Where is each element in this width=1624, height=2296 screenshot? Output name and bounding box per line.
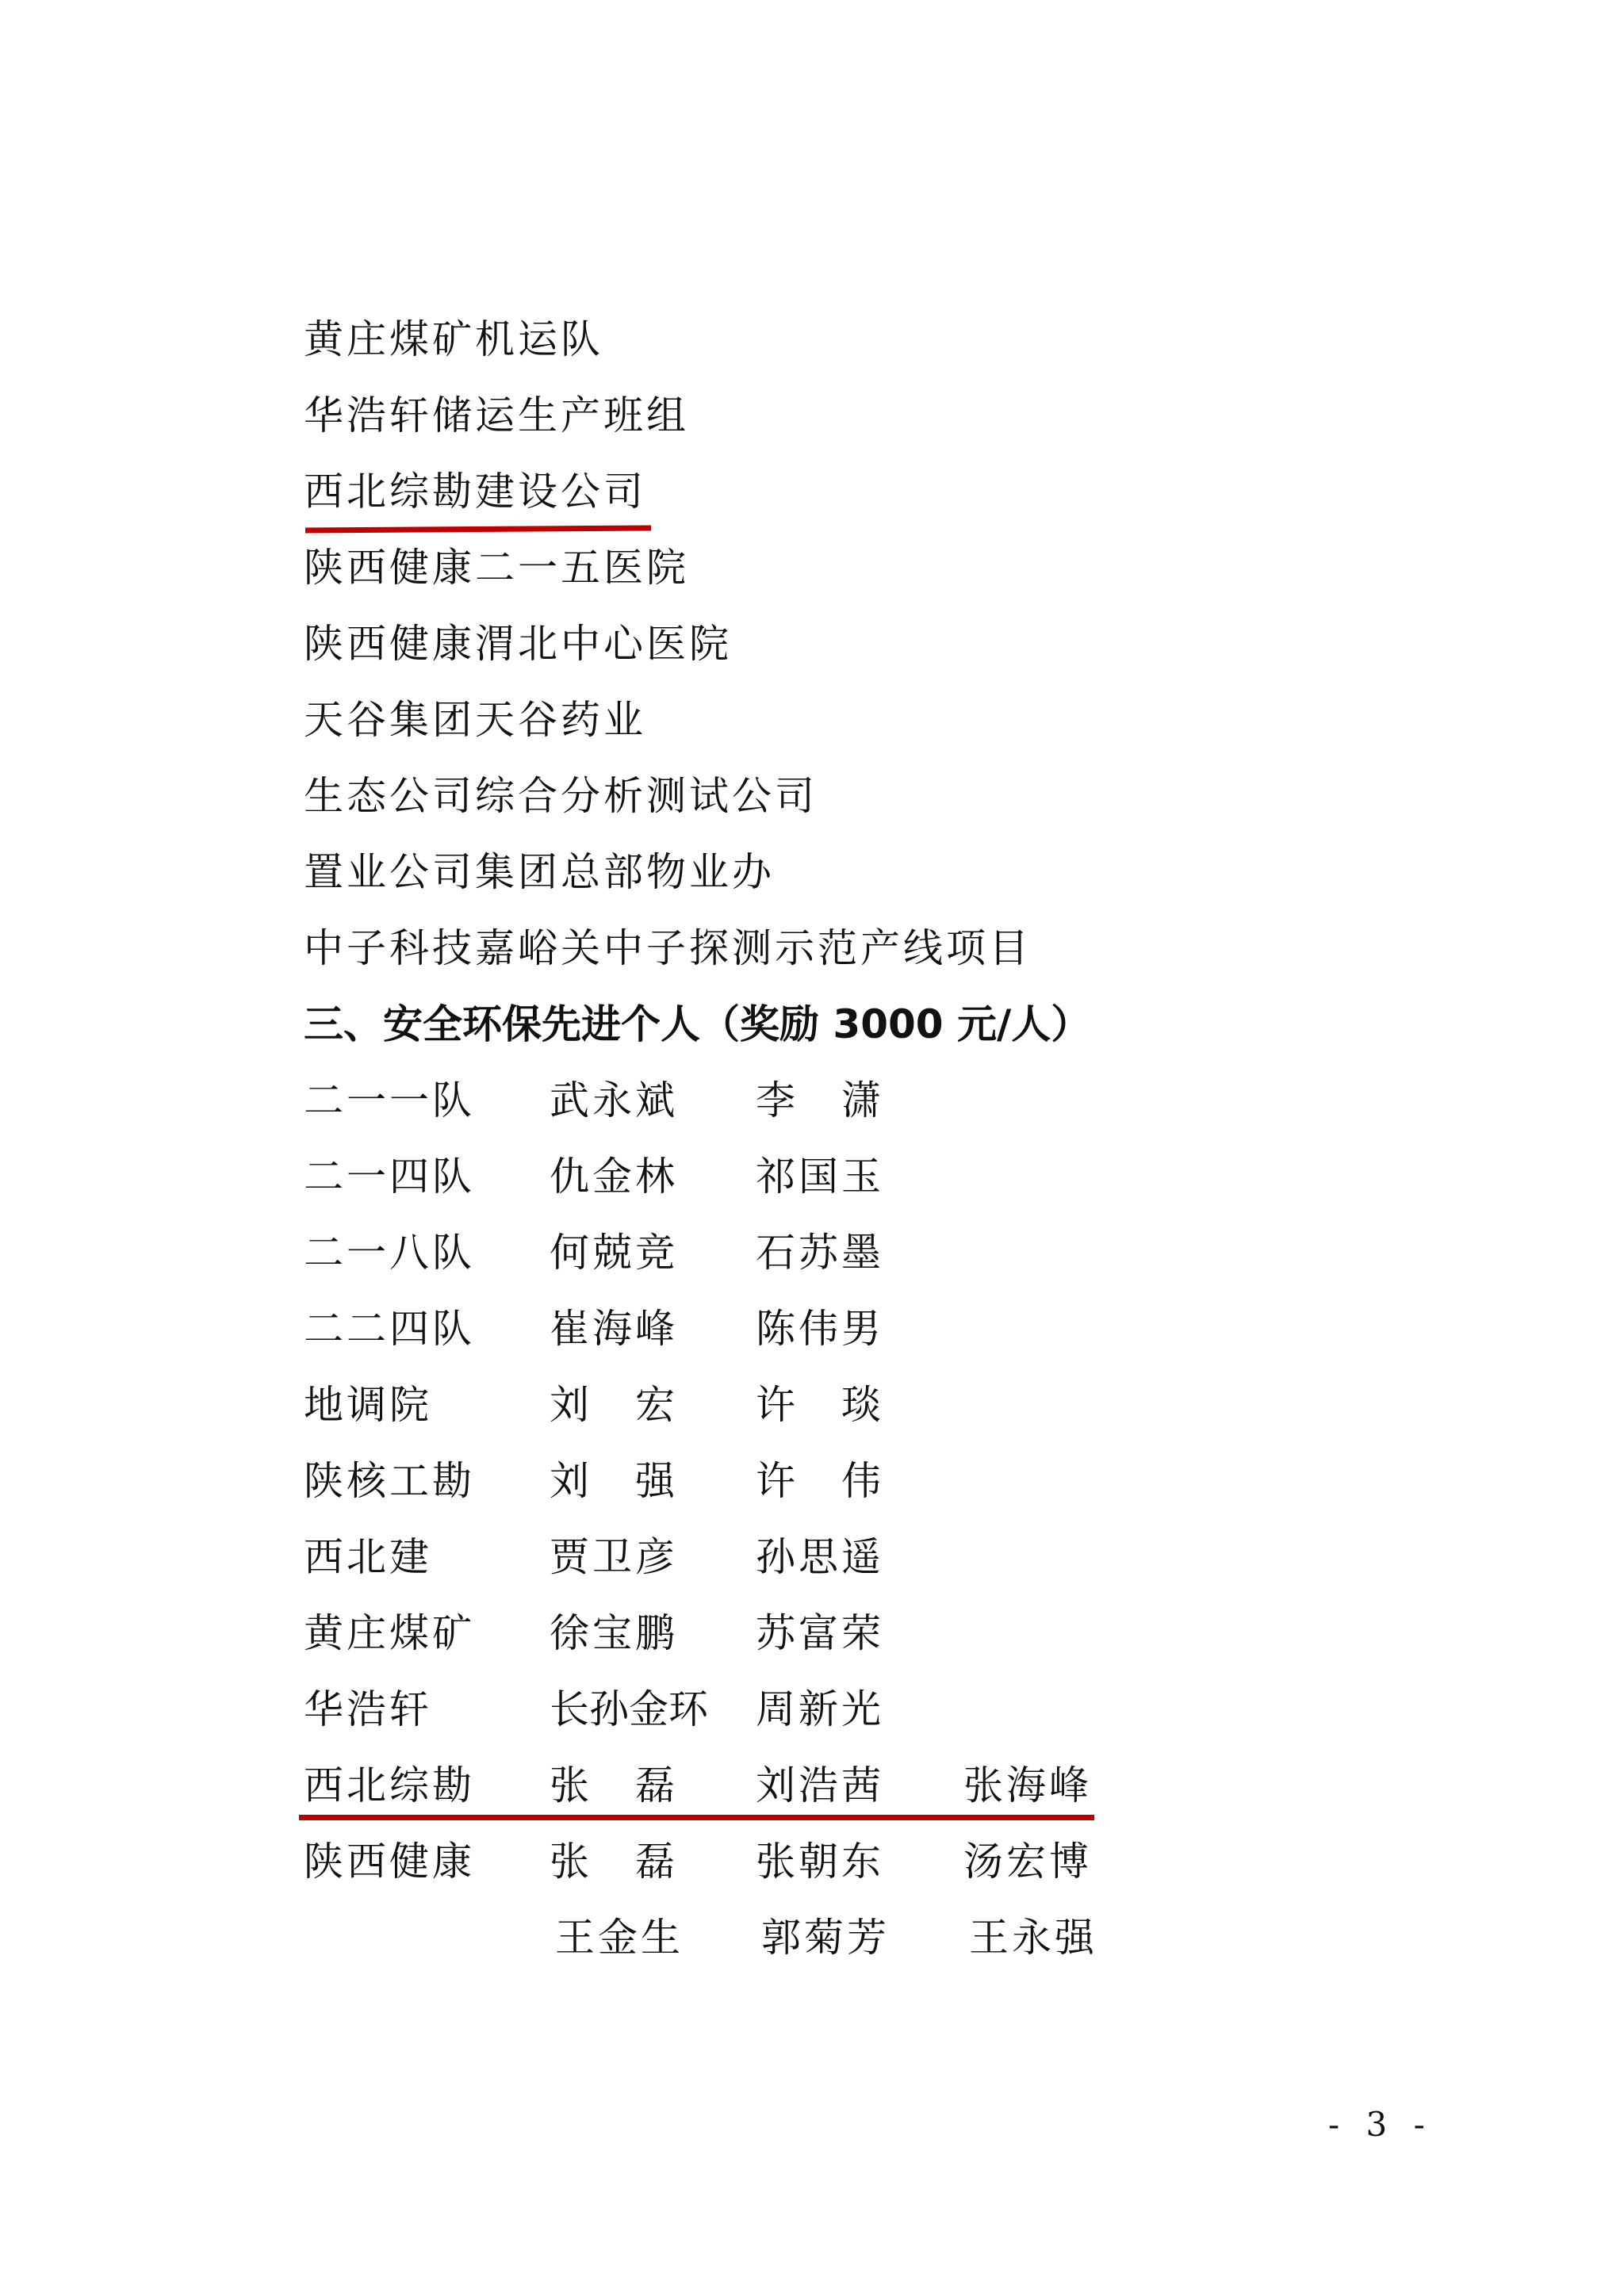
unit-line: 中子科技嘉峪关中子探测示范产线项目 [304,924,1032,972]
row-unit: 地调院 [304,1381,432,1429]
page-number: - 3 - [1328,2105,1433,2145]
person-name: 张 磊 [550,1838,678,1885]
unit-line: 生态公司综合分析测试公司 [304,772,818,820]
person-name: 徐宝鹏 [550,1609,678,1657]
unit-line: 华浩轩储运生产班组 [304,392,689,439]
person-name: 武永斌 [550,1077,678,1124]
row-unit: 西北建 [304,1533,432,1581]
document-page: 黄庄煤矿机运队 华浩轩储运生产班组 西北综勘建设公司 陕西健康二一五医院 陕西健… [0,0,1624,2296]
row-unit: 二二四队 [304,1305,475,1353]
person-name: 仇金林 [550,1153,678,1200]
row-unit: 陕核工勘 [304,1457,475,1505]
person-name: 刘 宏 [550,1381,678,1429]
row-unit: 二一四队 [304,1153,475,1200]
section-heading: 三、安全环保先进个人（奖励 3000 元/人） [304,1001,1090,1048]
person-name: 李 潇 [756,1077,884,1124]
person-name: 祁国玉 [756,1153,884,1200]
person-name: 王金生 [555,1914,684,1961]
person-name: 陈伟男 [756,1305,884,1353]
person-name: 苏富荣 [756,1609,884,1657]
row-unit: 华浩轩 [304,1686,432,1733]
row-unit: 黄庄煤矿 [304,1609,475,1657]
unit-line: 陕西健康二一五医院 [304,544,689,591]
row-unit: 二一一队 [304,1077,475,1124]
unit-line: 置业公司集团总部物业办 [304,848,775,896]
unit-line: 陕西健康渭北中心医院 [304,620,732,668]
person-name: 石苏墨 [756,1229,884,1276]
person-name: 郭菊芳 [761,1914,890,1961]
person-name: 崔海峰 [550,1305,678,1353]
person-name: 长孙金环 [550,1686,708,1733]
person-name: 王永强 [969,1914,1097,1961]
red-underline [299,1815,1094,1820]
person-name: 许 琰 [756,1381,884,1429]
person-name: 汤宏博 [963,1838,1092,1885]
person-name: 孙思遥 [756,1533,884,1581]
person-name: 周新光 [756,1686,884,1733]
unit-line: 黄庄煤矿机运队 [304,316,603,363]
row-unit: 西北综勘 [304,1762,475,1809]
row-unit: 陕西健康 [304,1838,475,1885]
person-name: 许 伟 [756,1457,884,1505]
person-name: 贾卫彦 [550,1533,678,1581]
unit-line: 天谷集团天谷药业 [304,696,646,744]
person-name: 刘浩茜 [756,1762,884,1809]
person-name: 张海峰 [963,1762,1092,1809]
red-underline [305,525,651,533]
person-name: 刘 强 [550,1457,678,1505]
person-name: 张 磊 [550,1762,678,1809]
person-name: 张朝东 [756,1838,884,1885]
person-name: 何兢竞 [550,1229,678,1276]
row-unit: 二一八队 [304,1229,475,1276]
unit-line: 西北综勘建设公司 [304,468,646,515]
